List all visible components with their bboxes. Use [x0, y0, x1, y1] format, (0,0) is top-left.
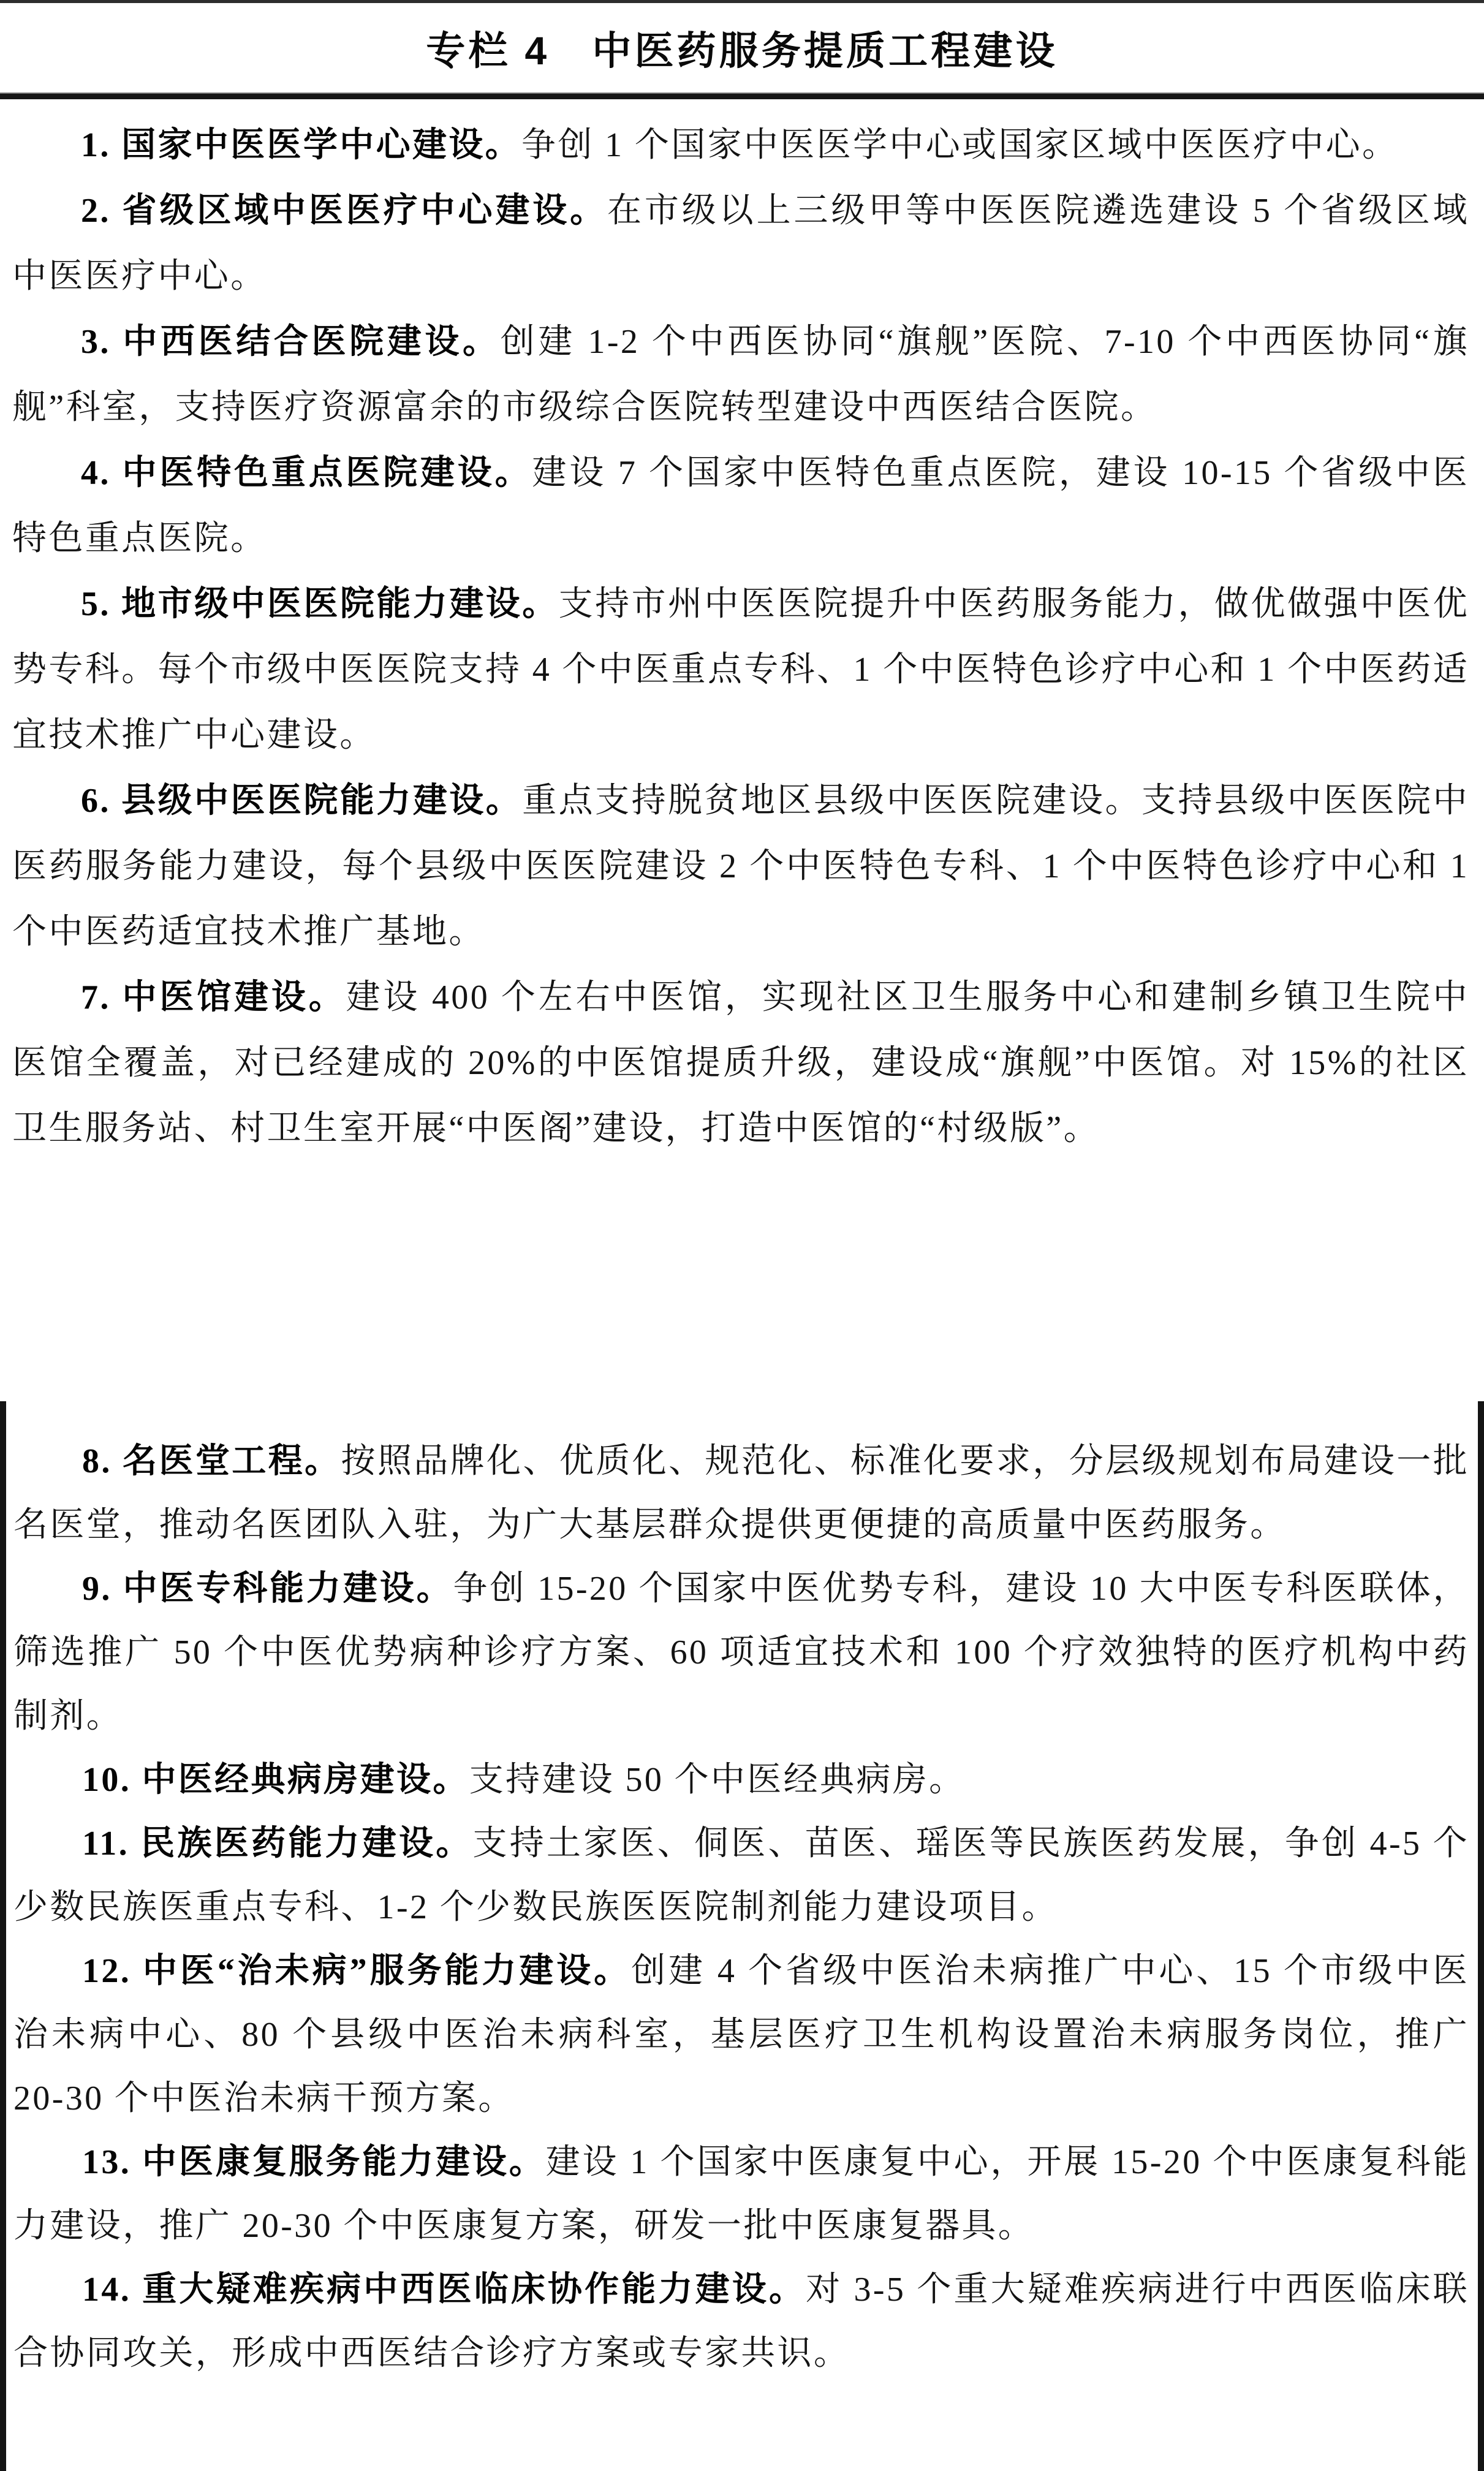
list-item: 11. 民族医药能力建设。支持土家医、侗医、苗医、瑶医等民族医药发展，争创 4-… [13, 1812, 1469, 1939]
item-heading: 10. 中医经典病房建设。 [82, 1761, 469, 1799]
item-heading: 8. 名医堂工程。 [82, 1442, 341, 1480]
item-heading: 11. 民族医药能力建设。 [82, 1825, 472, 1863]
item-heading: 14. 重大疑难疾病中西医临床协作能力建设。 [82, 2271, 806, 2309]
item-heading: 13. 中医康复服务能力建设。 [82, 2143, 546, 2181]
item-heading: 3. 中西医结合医院建设。 [81, 323, 501, 361]
list-item: 6. 县级中医医院能力建设。重点支持脱贫地区县级中医医院建设。支持县级中医医院中… [12, 768, 1469, 965]
list-item: 3. 中西医结合医院建设。创建 1-2 个中西医协同“旗舰”医院、7-10 个中… [12, 309, 1469, 441]
document-page: 专栏 4 中医药服务提质工程建设 1. 国家中医医学中心建设。争创 1 个国家中… [0, 0, 1484, 2471]
item-body: 支持建设 50 个中医经典病房。 [469, 1761, 966, 1799]
item-heading: 9. 中医专科能力建设。 [82, 1570, 453, 1608]
item-heading: 4. 中医特色重点医院建设。 [81, 454, 532, 492]
item-heading: 12. 中医“治未病”服务能力建设。 [82, 1952, 631, 1990]
list-item: 1. 国家中医医学中心建设。争创 1 个国家中医医学中心或国家区域中医医疗中心。 [12, 113, 1469, 178]
item-heading: 7. 中医馆建设。 [81, 978, 346, 1016]
list-item: 7. 中医馆建设。建设 400 个左右中医馆，实现社区卫生服务中心和建制乡镇卫生… [12, 965, 1469, 1162]
item-heading: 6. 县级中医医院能力建设。 [81, 782, 522, 820]
item-heading: 2. 省级区域中医医疗中心建设。 [81, 192, 607, 230]
title-divider-rule [0, 93, 1484, 99]
section-upper: 1. 国家中医医学中心建设。争创 1 个国家中医医学中心或国家区域中医医疗中心。… [0, 99, 1484, 1401]
item-heading: 1. 国家中医医学中心建设。 [81, 126, 521, 164]
list-item: 14. 重大疑难疾病中西医临床协作能力建设。对 3-5 个重大疑难疾病进行中西医… [13, 2258, 1469, 2385]
item-heading: 5. 地市级中医医院能力建设。 [81, 585, 559, 623]
list-item: 4. 中医特色重点医院建设。建设 7 个国家中医特色重点医院，建设 10-15 … [12, 441, 1469, 572]
panel-title-row: 专栏 4 中医药服务提质工程建设 [0, 3, 1484, 93]
list-item: 5. 地市级中医医院能力建设。支持市州中医医院提升中医药服务能力，做优做强中医优… [12, 572, 1469, 768]
list-item: 8. 名医堂工程。按照品牌化、优质化、规范化、标准化要求，分层级规划布局建设一批… [13, 1429, 1469, 1557]
item-body: 争创 1 个国家中医医学中心或国家区域中医医疗中心。 [521, 126, 1398, 164]
list-item: 2. 省级区域中医医疗中心建设。在市级以上三级甲等中医医院遴选建设 5 个省级区… [12, 178, 1469, 309]
panel-title: 专栏 4 中医药服务提质工程建设 [426, 20, 1058, 76]
list-item: 10. 中医经典病房建设。支持建设 50 个中医经典病房。 [13, 1748, 1469, 1812]
list-item: 13. 中医康复服务能力建设。建设 1 个国家中医康复中心，开展 15-20 个… [13, 2130, 1469, 2258]
list-item: 9. 中医专科能力建设。争创 15-20 个国家中医优势专科，建设 10 大中医… [13, 1557, 1469, 1748]
list-item: 12. 中医“治未病”服务能力建设。创建 4 个省级中医治未病推广中心、15 个… [13, 1939, 1469, 2130]
section-lower: 8. 名医堂工程。按照品牌化、优质化、规范化、标准化要求，分层级规划布局建设一批… [0, 1401, 1484, 2471]
